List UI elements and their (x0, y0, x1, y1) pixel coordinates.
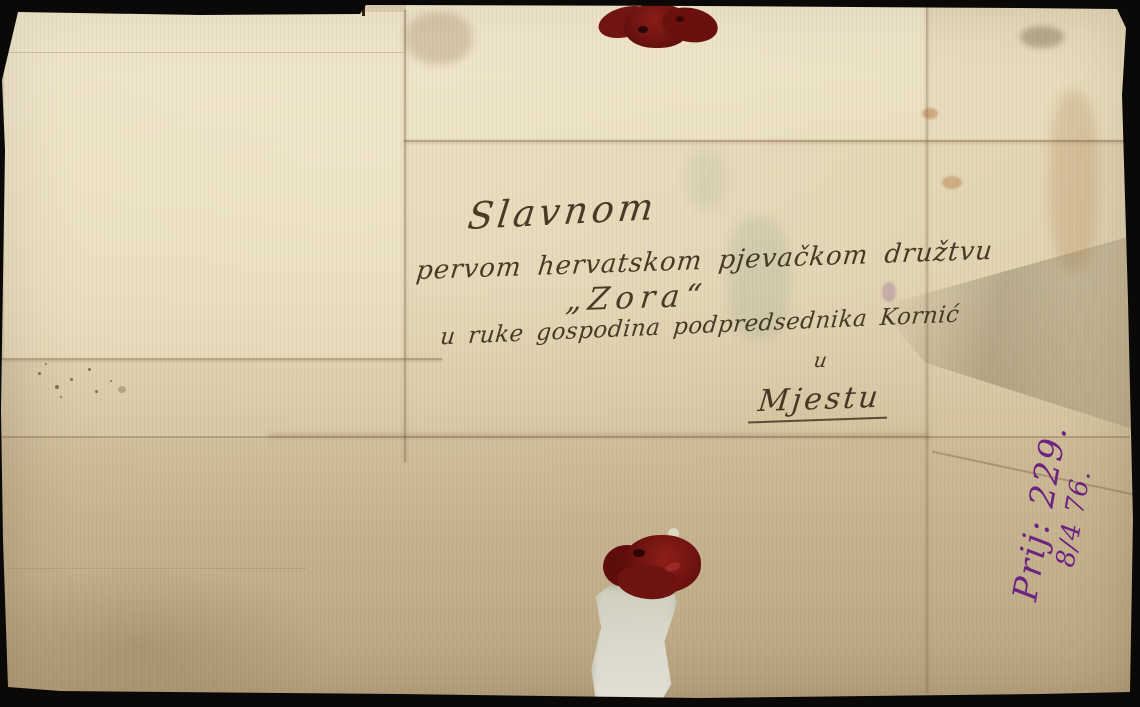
fold-line-horizontal-left-upper (8, 52, 404, 53)
fold-line-horizontal-bottom-left (6, 568, 306, 569)
wax-seal-bottom (603, 533, 711, 605)
address-line-place: Mjestu (748, 379, 891, 423)
smudge-top-right (1020, 26, 1064, 48)
rust-stain-right (1050, 92, 1098, 270)
flap-edge-notch (362, 5, 365, 16)
laid-paper-texture (0, 0, 1140, 707)
address-line-society-name: „Zora“ (564, 277, 709, 318)
rust-spot (942, 176, 962, 189)
fold-line-vertical-left (404, 10, 406, 462)
fold-line-horizontal-middle-left (2, 358, 442, 360)
letter-paper: Slavnom pervom hervatskom pjevačkom druž… (0, 0, 1140, 707)
corner-number-mark: 4 (28, 0, 36, 14)
purple-ink-smudge (882, 282, 896, 302)
fold-line-vertical-right (926, 7, 928, 693)
fold-line-horizontal-top (404, 140, 1126, 142)
grey-green-stain-small (688, 150, 726, 208)
rust-spot (922, 108, 938, 119)
brown-stain-top-fold (406, 12, 472, 64)
photo-stage: Slavnom pervom hervatskom pjevačkom druž… (0, 0, 1140, 707)
wax-seal-top (598, 4, 720, 50)
fold-line-horizontal-center-shadow (268, 434, 930, 438)
